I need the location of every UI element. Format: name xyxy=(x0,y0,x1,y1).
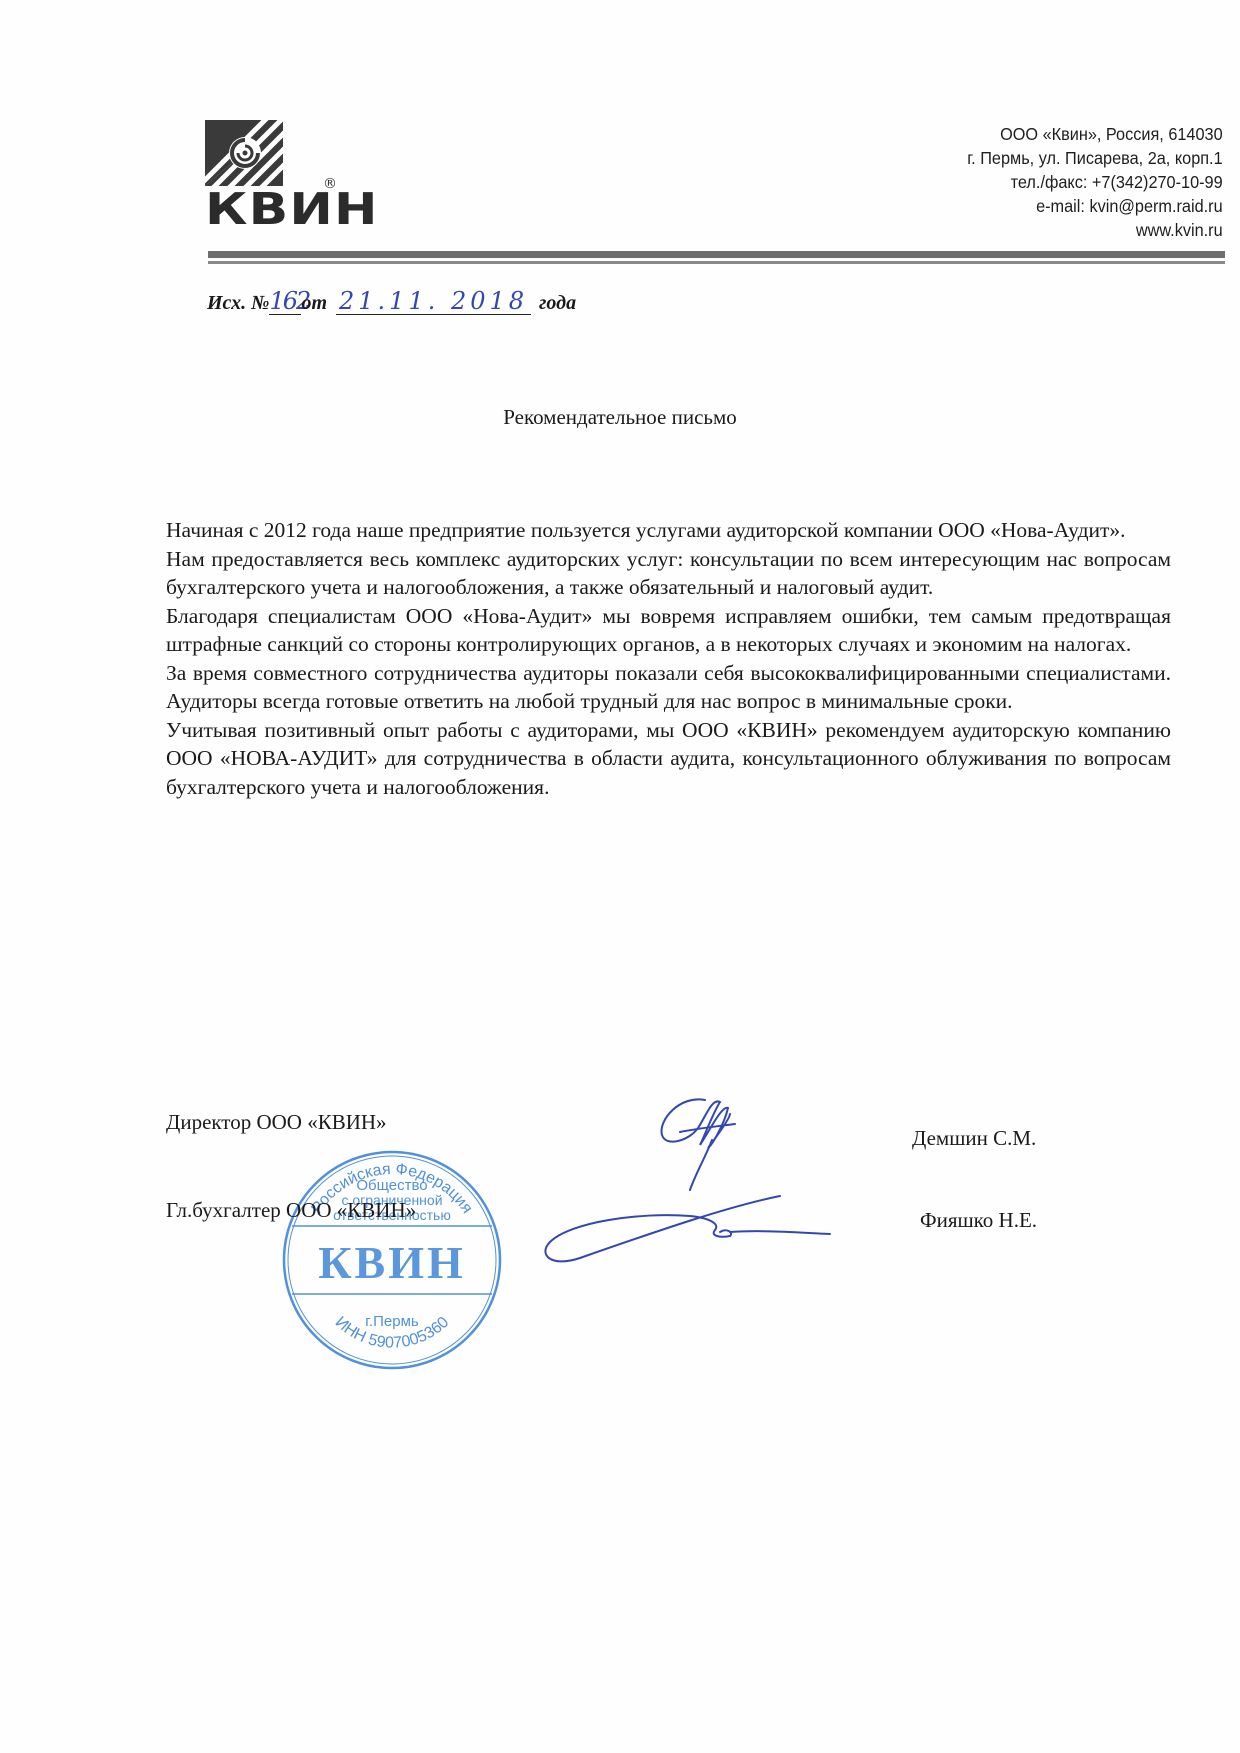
contact-phone: тел./факс: +7(342)270-10-99 xyxy=(968,170,1223,194)
outgoing-reference: Исх. №162от 21.11. 2018года xyxy=(207,288,576,315)
chief-accountant-name: Фияшко Н.Е. xyxy=(920,1208,1037,1233)
company-logo: ® КВИН xyxy=(205,120,365,235)
kvin-logo-icon xyxy=(205,120,305,186)
company-stamp: Российская Федерация Общество с ограниче… xyxy=(278,1148,506,1372)
logo-wordmark: КВИН xyxy=(205,188,379,232)
director-name: Демшин С.М. xyxy=(912,1126,1036,1151)
body-paragraph: За время совместного сотрудничества ауди… xyxy=(166,659,1171,716)
chief-accountant-title: Гл.бухгалтер ООО «КВИН» xyxy=(166,1198,416,1223)
body-paragraph: Учитывая позитивный опыт работы с аудито… xyxy=(166,716,1171,802)
body-paragraph: Благодаря специалистам ООО «Нова-Аудит» … xyxy=(166,602,1171,659)
body-paragraph: Начиная с 2012 года наше предприятие пол… xyxy=(166,516,1171,545)
contact-website: www.kvin.ru xyxy=(968,218,1223,242)
director-title: Директор ООО «КВИН» xyxy=(166,1110,387,1135)
chief-accountant-signature-icon xyxy=(540,1192,840,1272)
body-paragraph: Нам предоставляется весь комплекс аудито… xyxy=(166,545,1171,602)
letterhead-divider-thick xyxy=(208,251,1225,258)
contact-street-address: г. Пермь, ул. Писарева, 2а, корп.1 xyxy=(968,146,1223,170)
outgoing-date: 21.11. 2018 xyxy=(336,288,531,315)
company-contact-block: ООО «Квин», Россия, 614030 г. Пермь, ул.… xyxy=(968,122,1223,242)
contact-company-address: ООО «Квин», Россия, 614030 xyxy=(968,122,1223,146)
stamp-center-name: КВИН xyxy=(318,1237,466,1288)
contact-email: e-mail: kvin@perm.raid.ru xyxy=(968,194,1223,218)
outgoing-suffix: года xyxy=(539,292,576,314)
outgoing-prefix: Исх. № xyxy=(207,292,269,314)
stamp-city: г.Пермь xyxy=(365,1313,419,1330)
letter-body: Начиная с 2012 года наше предприятие пол… xyxy=(166,516,1171,801)
letter-title: Рекомендательное письмо xyxy=(0,405,1240,430)
stamp-seal-icon: Российская Федерация Общество с ограниче… xyxy=(278,1148,506,1372)
outgoing-from-label: от xyxy=(301,292,327,314)
director-signature-icon xyxy=(650,1090,760,1200)
outgoing-number: 162 xyxy=(269,288,301,315)
letterhead-divider-thin xyxy=(208,261,1225,264)
letter-page: ® КВИН ООО «Квин», Россия, 614030 г. Пер… xyxy=(0,0,1240,1753)
